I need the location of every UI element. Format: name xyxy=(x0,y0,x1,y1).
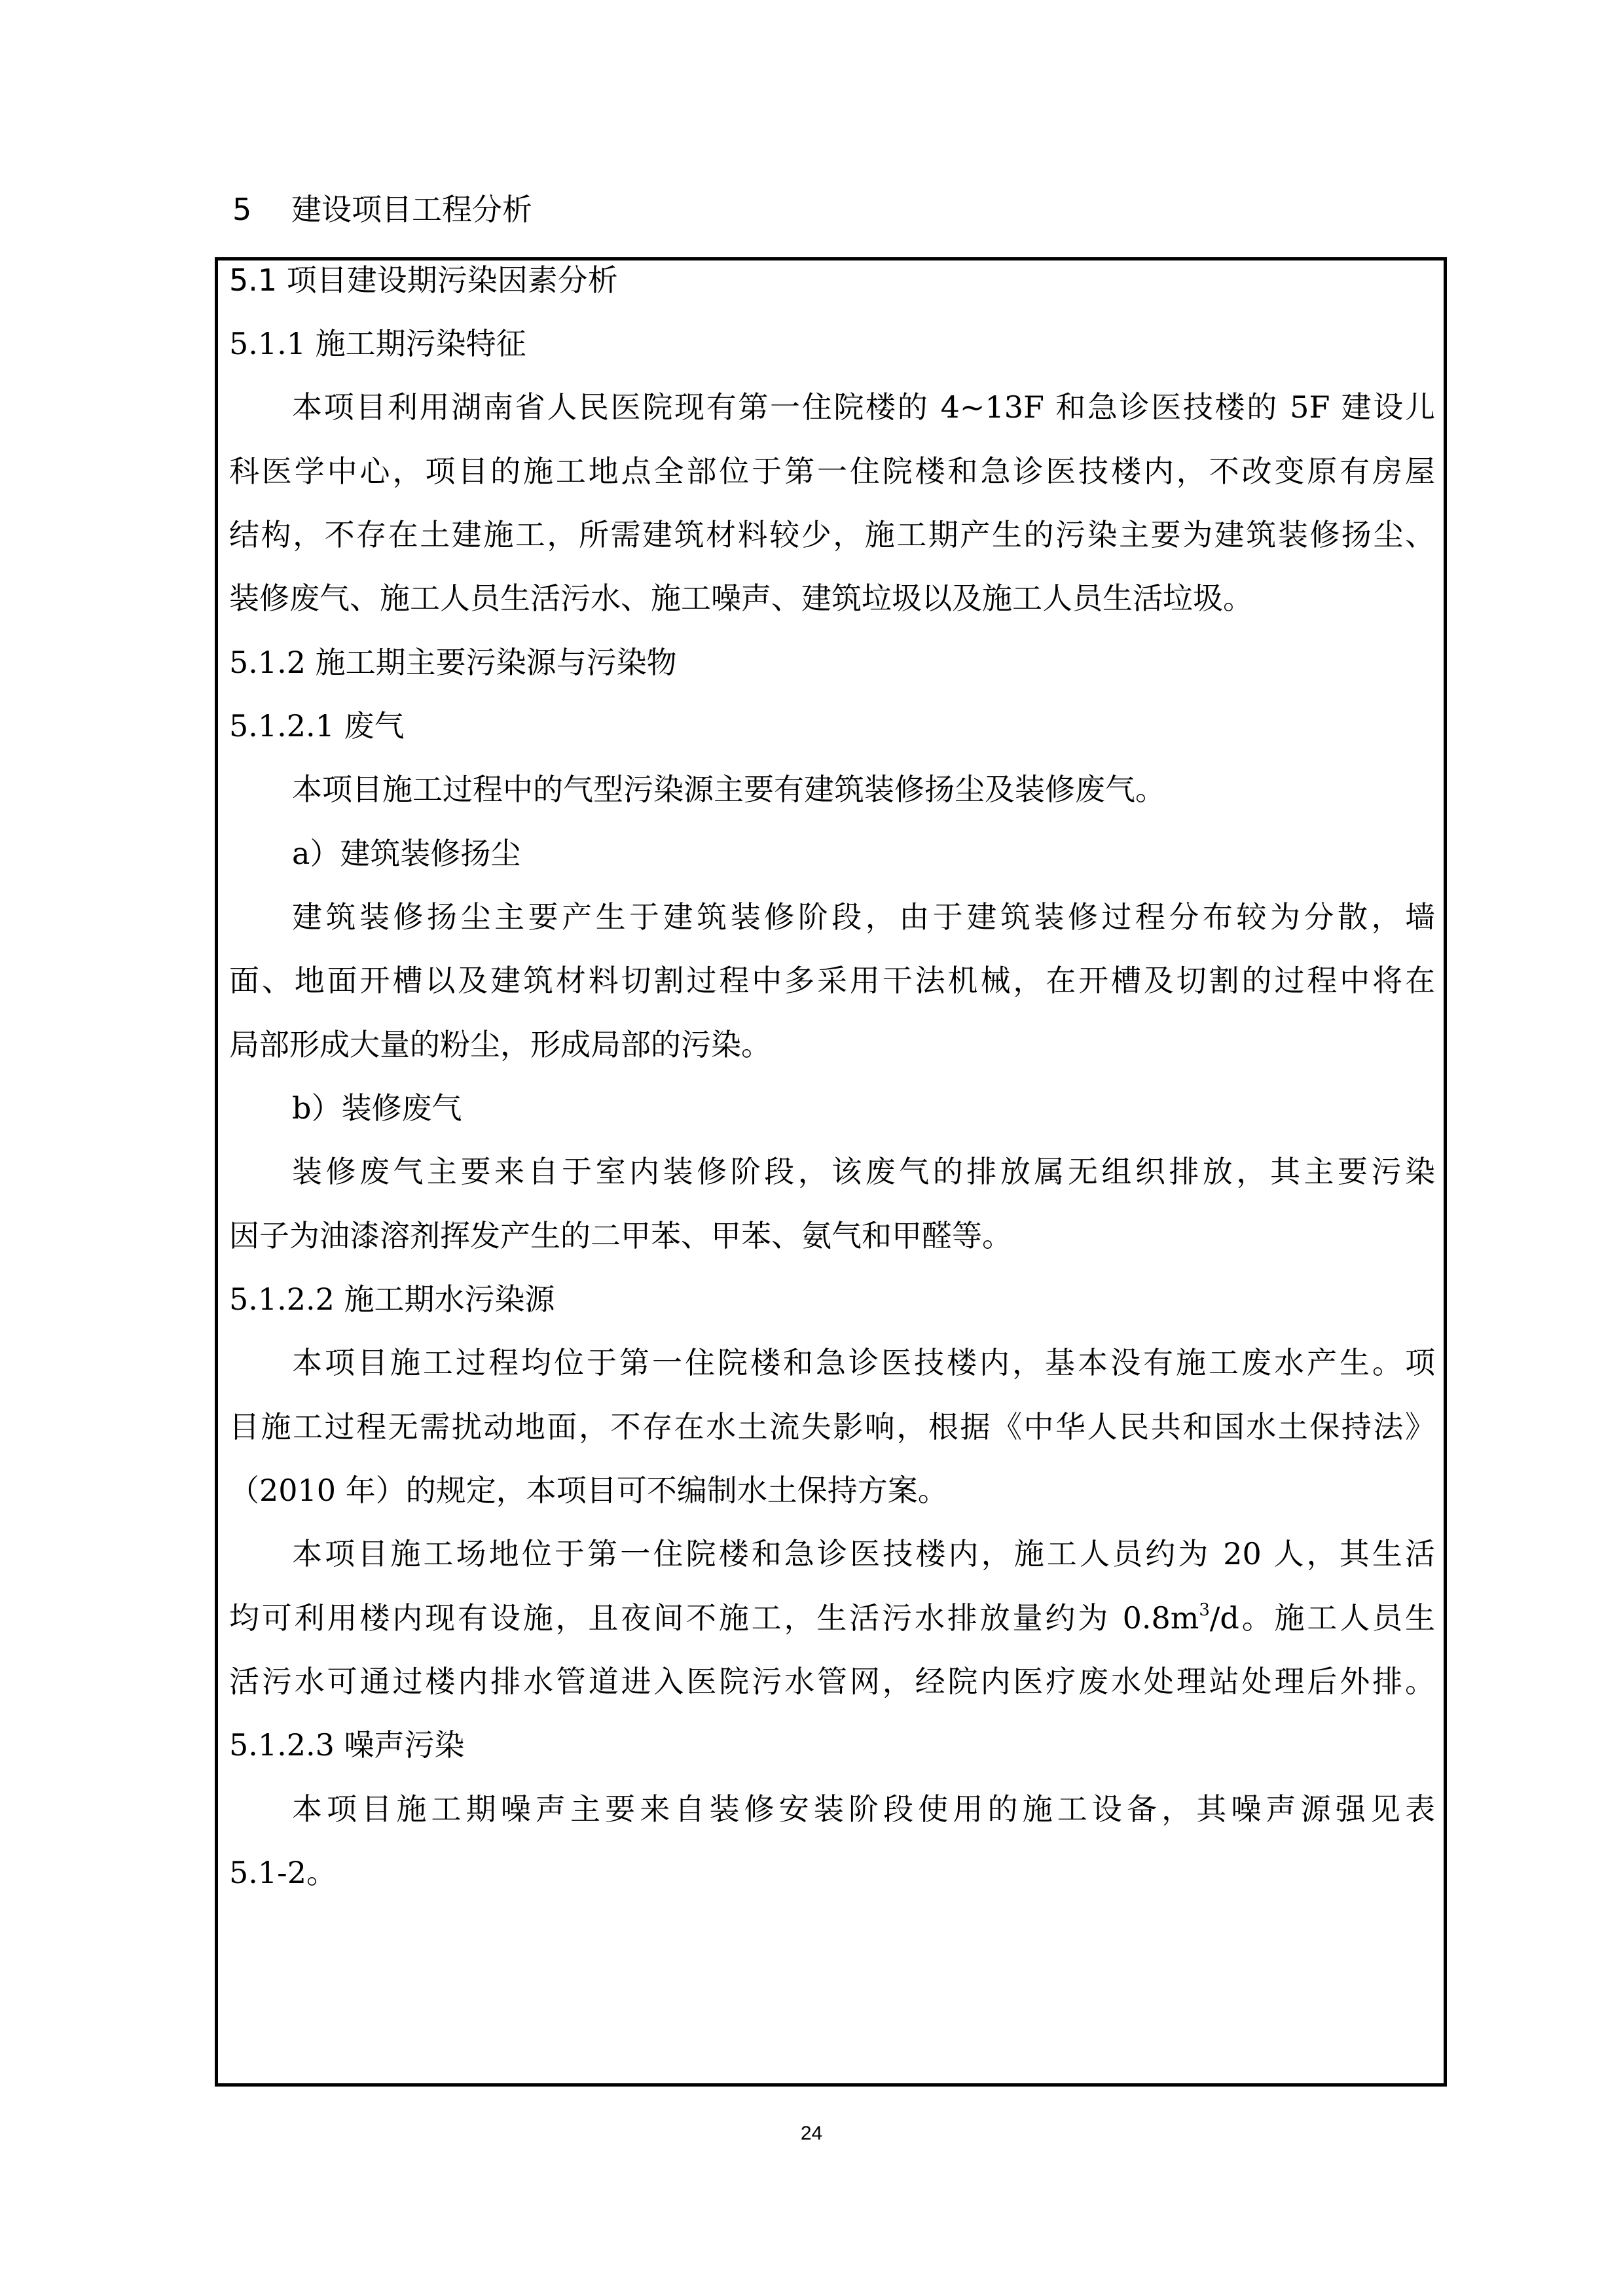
paragraph-line: 均可利用楼内现有设施，且夜间不施工，生活污水排放量约为 0.8m3/d。施工人员… xyxy=(229,1598,1435,1638)
paragraph-line: 本项目施工场地位于第一住院楼和急诊医技楼内，施工人员约为 20 人，其生活 xyxy=(292,1534,1435,1573)
paragraph-line: 局部形成大量的粉尘，形成局部的污染。 xyxy=(229,1025,771,1064)
line-text: /d。施工人员生 xyxy=(1210,1600,1435,1636)
superscript-3: 3 xyxy=(1199,1600,1210,1620)
paragraph-line: 装修废气、施工人员生活污水、施工噪声、建筑垃圾以及施工人员生活垃圾。 xyxy=(229,579,1253,618)
paragraph-line: 因子为油漆溶剂挥发产生的二甲苯、甲苯、氨气和甲醛等。 xyxy=(229,1216,1012,1255)
paragraph-line: 本项目施工期噪声主要来自装修安装阶段使用的施工设备，其噪声源强见表 xyxy=(292,1789,1435,1829)
list-item-label-b: b）装修废气 xyxy=(292,1088,462,1128)
chapter-number: 5 xyxy=(232,190,291,229)
line-text: 均可利用楼内现有设施，且夜间不施工，生活污水排放量约为 0.8m xyxy=(229,1600,1199,1636)
paragraph-line: 目施工过程无需扰动地面，不存在水土流失影响，根据《中华人民共和国水土保持法》 xyxy=(229,1407,1435,1446)
chapter-title: 5建设项目工程分析 xyxy=(232,190,532,229)
page-number: 24 xyxy=(0,2121,1623,2147)
subsection-heading-5-1-2: 5.1.2 施工期主要污染源与污染物 xyxy=(229,643,677,682)
paragraph-line: 面、地面开槽以及建筑材料切割过程中多采用干法机械，在开槽及切割的过程中将在 xyxy=(229,961,1435,1000)
paragraph-line: 本项目施工过程中的气型污染源主要有建筑装修扬尘及装修废气。 xyxy=(292,770,1165,809)
paragraph-line: 活污水可通过楼内排水管道进入医院污水管网，经院内医疗废水处理站处理后外排。 xyxy=(229,1662,1435,1701)
list-item-label-a: a）建筑装修扬尘 xyxy=(292,834,520,873)
paragraph-line: 本项目利用湖南省人民医院现有第一住院楼的 4~13F 和急诊医技楼的 5F 建设… xyxy=(292,387,1435,427)
paragraph-line: 本项目施工过程均位于第一住院楼和急诊医技楼内，基本没有施工废水产生。项 xyxy=(292,1343,1435,1382)
subsection-heading-5-1-2-1: 5.1.2.1 废气 xyxy=(229,706,405,745)
chapter-title-text: 建设项目工程分析 xyxy=(291,192,532,227)
paragraph-line: 装修废气主要来自于室内装修阶段，该废气的排放属无组织排放，其主要污染 xyxy=(292,1152,1435,1191)
document-page: 5建设项目工程分析 5.1 项目建设期污染因素分析 5.1.1 施工期污染特征 … xyxy=(0,0,1623,2296)
subsection-heading-5-1-2-3: 5.1.2.3 噪声污染 xyxy=(229,1725,465,1765)
paragraph-line: （2010 年）的规定，本项目可不编制水土保持方案。 xyxy=(229,1471,948,1510)
paragraph-line: 建筑装修扬尘主要产生于建筑装修阶段，由于建筑装修过程分布较为分散，墙 xyxy=(292,897,1435,937)
paragraph-line: 科医学中心，项目的施工地点全部位于第一住院楼和急诊医技楼内，不改变原有房屋 xyxy=(229,452,1435,491)
paragraph-line: 结构，不存在土建施工，所需建筑材料较少，施工期产生的污染主要为建筑装修扬尘、 xyxy=(229,515,1435,554)
section-heading-5-1: 5.1 项目建设期污染因素分析 xyxy=(229,260,618,300)
subsection-heading-5-1-2-2: 5.1.2.2 施工期水污染源 xyxy=(229,1280,555,1319)
paragraph-line: 5.1-2。 xyxy=(229,1853,337,1892)
subsection-heading-5-1-1: 5.1.1 施工期污染特征 xyxy=(229,324,526,363)
